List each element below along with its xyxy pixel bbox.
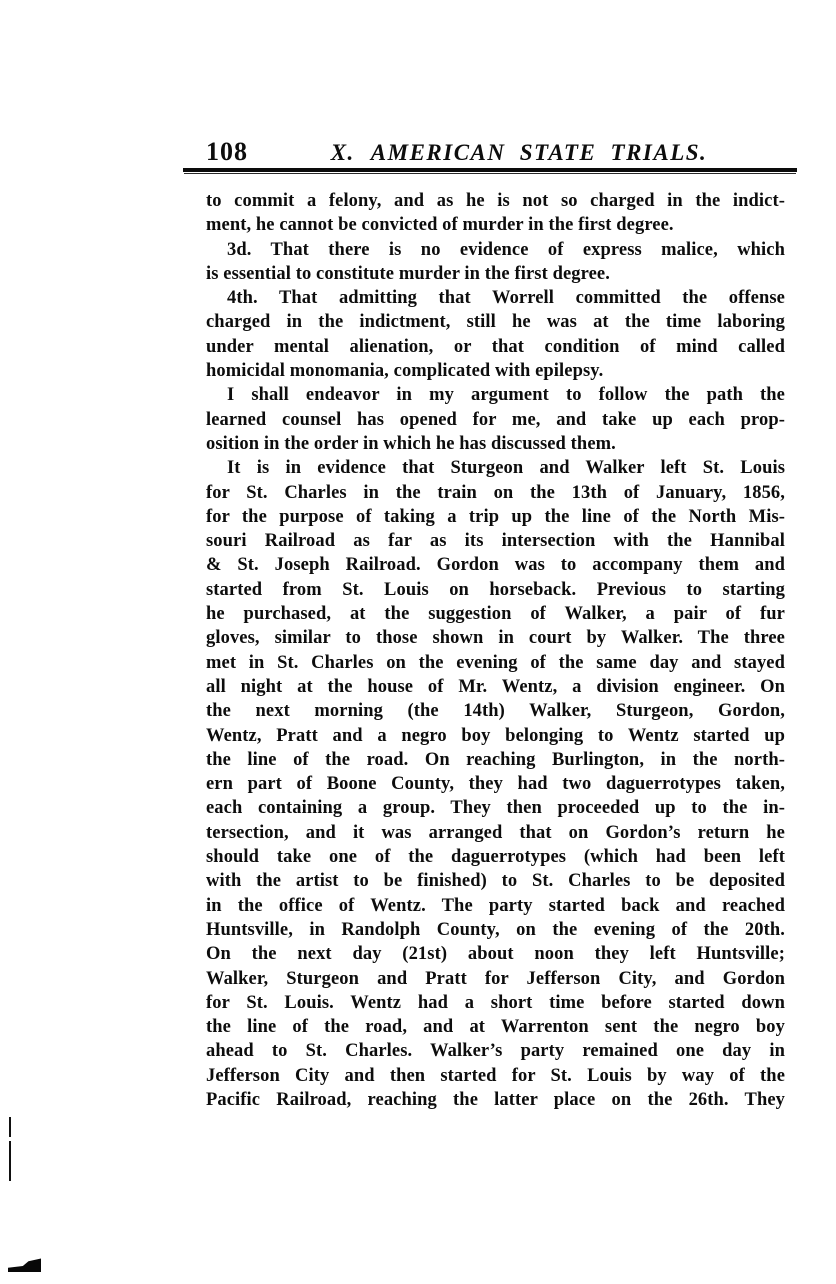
text-line: the next morning (the 14th) Walker, Stur…: [206, 699, 785, 723]
text-line: is essential to constitute murder in the…: [206, 262, 785, 286]
running-head-title: AMERICAN STATE TRIALS.: [371, 140, 708, 165]
text-line: Huntsville, in Randolph County, on the e…: [206, 918, 785, 942]
text-line: learned counsel has opened for me, and t…: [206, 408, 785, 432]
page-number: 108: [206, 139, 248, 165]
text-line: Jefferson City and then started for St. …: [206, 1064, 785, 1088]
text-line: souri Railroad as far as its intersectio…: [206, 529, 785, 553]
text-line: On the next day (21st) about noon they l…: [206, 942, 785, 966]
text-line: to commit a felony, and as he is not so …: [206, 189, 785, 213]
text-line: he purchased, at the suggestion of Walke…: [206, 602, 785, 626]
text-line: Wentz, Pratt and a negro boy belonging t…: [206, 724, 785, 748]
text-line: charged in the indictment, still he was …: [206, 310, 785, 334]
header-rule: [183, 168, 797, 173]
scanned-book-page: 108 X.AMERICAN STATE TRIALS. to commit a…: [0, 0, 836, 1284]
text-line: & St. Joseph Railroad. Gordon was to acc…: [206, 553, 785, 577]
text-line: Walker, Sturgeon and Pratt for Jefferson…: [206, 967, 785, 991]
text-line: ahead to St. Charles. Walker’s party rem…: [206, 1039, 785, 1063]
text-line: the line of the road. On reaching Burlin…: [206, 748, 785, 772]
text-line: met in St. Charles on the evening of the…: [206, 651, 785, 675]
margin-stray-mark-lower: [9, 1141, 11, 1181]
corner-ink-smudge: [8, 1257, 41, 1272]
text-line: I shall endeavor in my argument to follo…: [206, 383, 785, 407]
text-line: with the artist to be finished) to St. C…: [206, 869, 785, 893]
text-line: 3d. That there is no evidence of express…: [206, 238, 785, 262]
text-line: each containing a group. They then proce…: [206, 796, 785, 820]
text-line: 4th. That admitting that Worrell committ…: [206, 286, 785, 310]
text-line: for St. Louis. Wentz had a short time be…: [206, 991, 785, 1015]
text-line: under mental alienation, or that conditi…: [206, 335, 785, 359]
text-line: osition in the order in which he has dis…: [206, 432, 785, 456]
text-line: It is in evidence that Sturgeon and Walk…: [206, 456, 785, 480]
margin-stray-mark-upper: [9, 1117, 11, 1137]
text-line: tersection, and it was arranged that on …: [206, 821, 785, 845]
text-line: should take one of the daguerrotypes (wh…: [206, 845, 785, 869]
text-line: Pacific Railroad, reaching the latter pl…: [206, 1088, 785, 1112]
text-line: ment, he cannot be convicted of murder i…: [206, 213, 785, 237]
running-head-chapter-numeral: X.: [331, 140, 355, 165]
text-line: the line of the road, and at Warrenton s…: [206, 1015, 785, 1039]
text-line: started from St. Louis on horseback. Pre…: [206, 578, 785, 602]
text-line: gloves, similar to those shown in court …: [206, 626, 785, 650]
text-line: all night at the house of Mr. Wentz, a d…: [206, 675, 785, 699]
text-line: for St. Charles in the train on the 13th…: [206, 481, 785, 505]
body-text: to commit a felony, and as he is not so …: [206, 189, 785, 1112]
text-line: ern part of Boone County, they had two d…: [206, 772, 785, 796]
text-line: for the purpose of taking a trip up the …: [206, 505, 785, 529]
text-line: homicidal monomania, complicated with ep…: [206, 359, 785, 383]
text-line: in the office of Wentz. The party starte…: [206, 894, 785, 918]
running-head: X.AMERICAN STATE TRIALS.: [331, 140, 708, 165]
